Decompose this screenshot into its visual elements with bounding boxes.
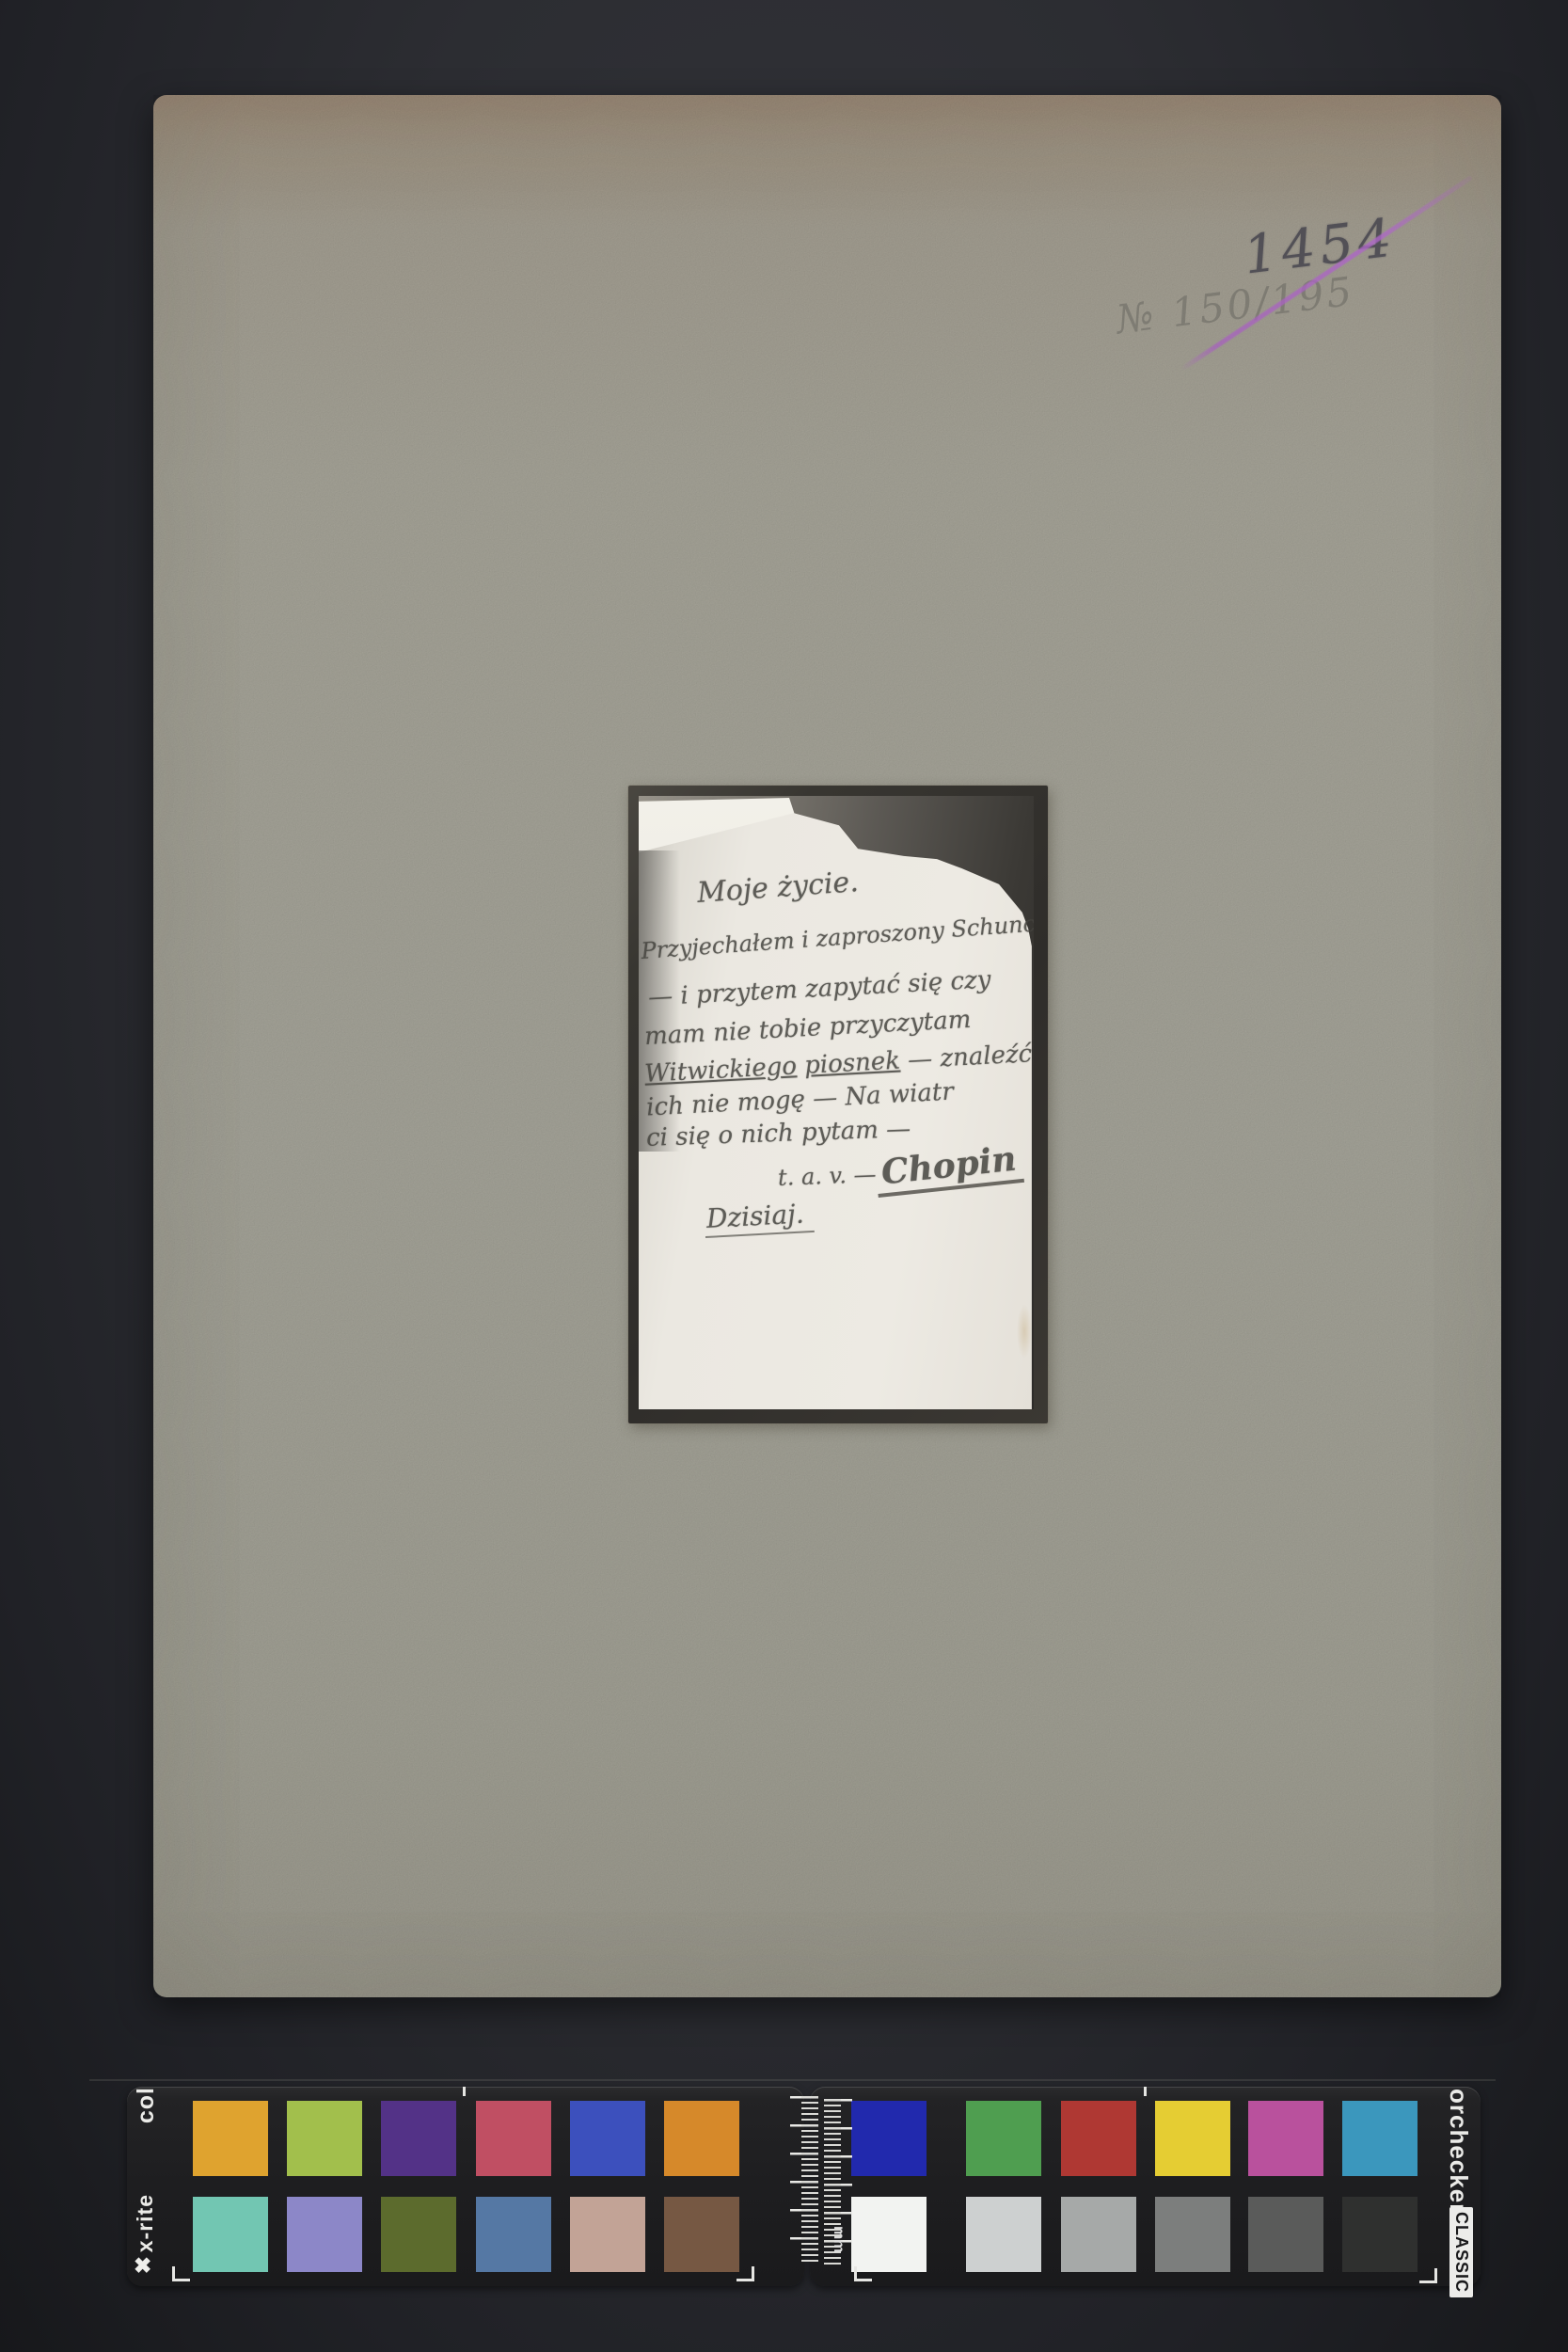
color-patch [851,2101,927,2176]
color-patch [381,2197,456,2272]
color-patch [193,2101,268,2176]
archive-photograph-page: 1454 № 150/195 Moje życie. Przyjechałem … [0,0,1568,2352]
ruler-left-short-ticks [801,2096,818,2264]
corner-bracket [854,2266,872,2281]
color-patch [570,2197,645,2272]
color-patch [1155,2197,1230,2272]
color-patch [1061,2197,1136,2272]
color-patch [966,2101,1041,2176]
color-checker-left-strip: col x-rite ✖ [127,2087,804,2286]
color-patch [664,2101,739,2176]
color-patch [193,2197,268,2272]
brand-label-orchecker: orchecker [1444,2089,1473,2214]
brand-label-col: col [133,2087,160,2123]
corner-bracket [1419,2268,1437,2283]
xrite-logo-icon: ✖ [134,2253,151,2279]
corner-bracket [172,2266,190,2281]
color-patch [287,2101,362,2176]
color-patch [966,2197,1041,2272]
underlined-word: piosnek [803,1047,900,1080]
color-patch [1061,2101,1136,2176]
photo-print: Moje życie. Przyjechałem i zaproszony Sc… [628,786,1048,1423]
color-checker-right-strip: orchecker CLASSIC [810,2087,1481,2286]
photo-scene: Moje życie. Przyjechałem i zaproszony Sc… [639,796,1034,1409]
color-patch [1248,2101,1323,2176]
color-patch [1248,2197,1323,2272]
color-patch [851,2197,927,2272]
color-patch [476,2197,551,2272]
color-patch [1342,2101,1418,2176]
color-patch [287,2197,362,2272]
color-patch [1155,2101,1230,2176]
ruler-unit-label: mm [830,2226,847,2252]
brand-label-xrite: x-rite [133,2194,158,2252]
stain-mark [1017,1304,1032,1359]
color-patch [1342,2197,1418,2272]
handwriting-postscript: Dzisiaj. [704,1198,815,1238]
color-patch [476,2101,551,2176]
color-patch [381,2101,456,2176]
registration-tick [463,2087,466,2096]
color-patch [664,2197,739,2272]
registration-tick [1144,2087,1147,2096]
board-seam-line [89,2079,1496,2081]
classic-badge: CLASSIC [1449,2207,1473,2297]
color-patch [570,2101,645,2176]
handwriting-closing: t. a. v. — [778,1161,877,1191]
corner-bracket [736,2266,754,2281]
